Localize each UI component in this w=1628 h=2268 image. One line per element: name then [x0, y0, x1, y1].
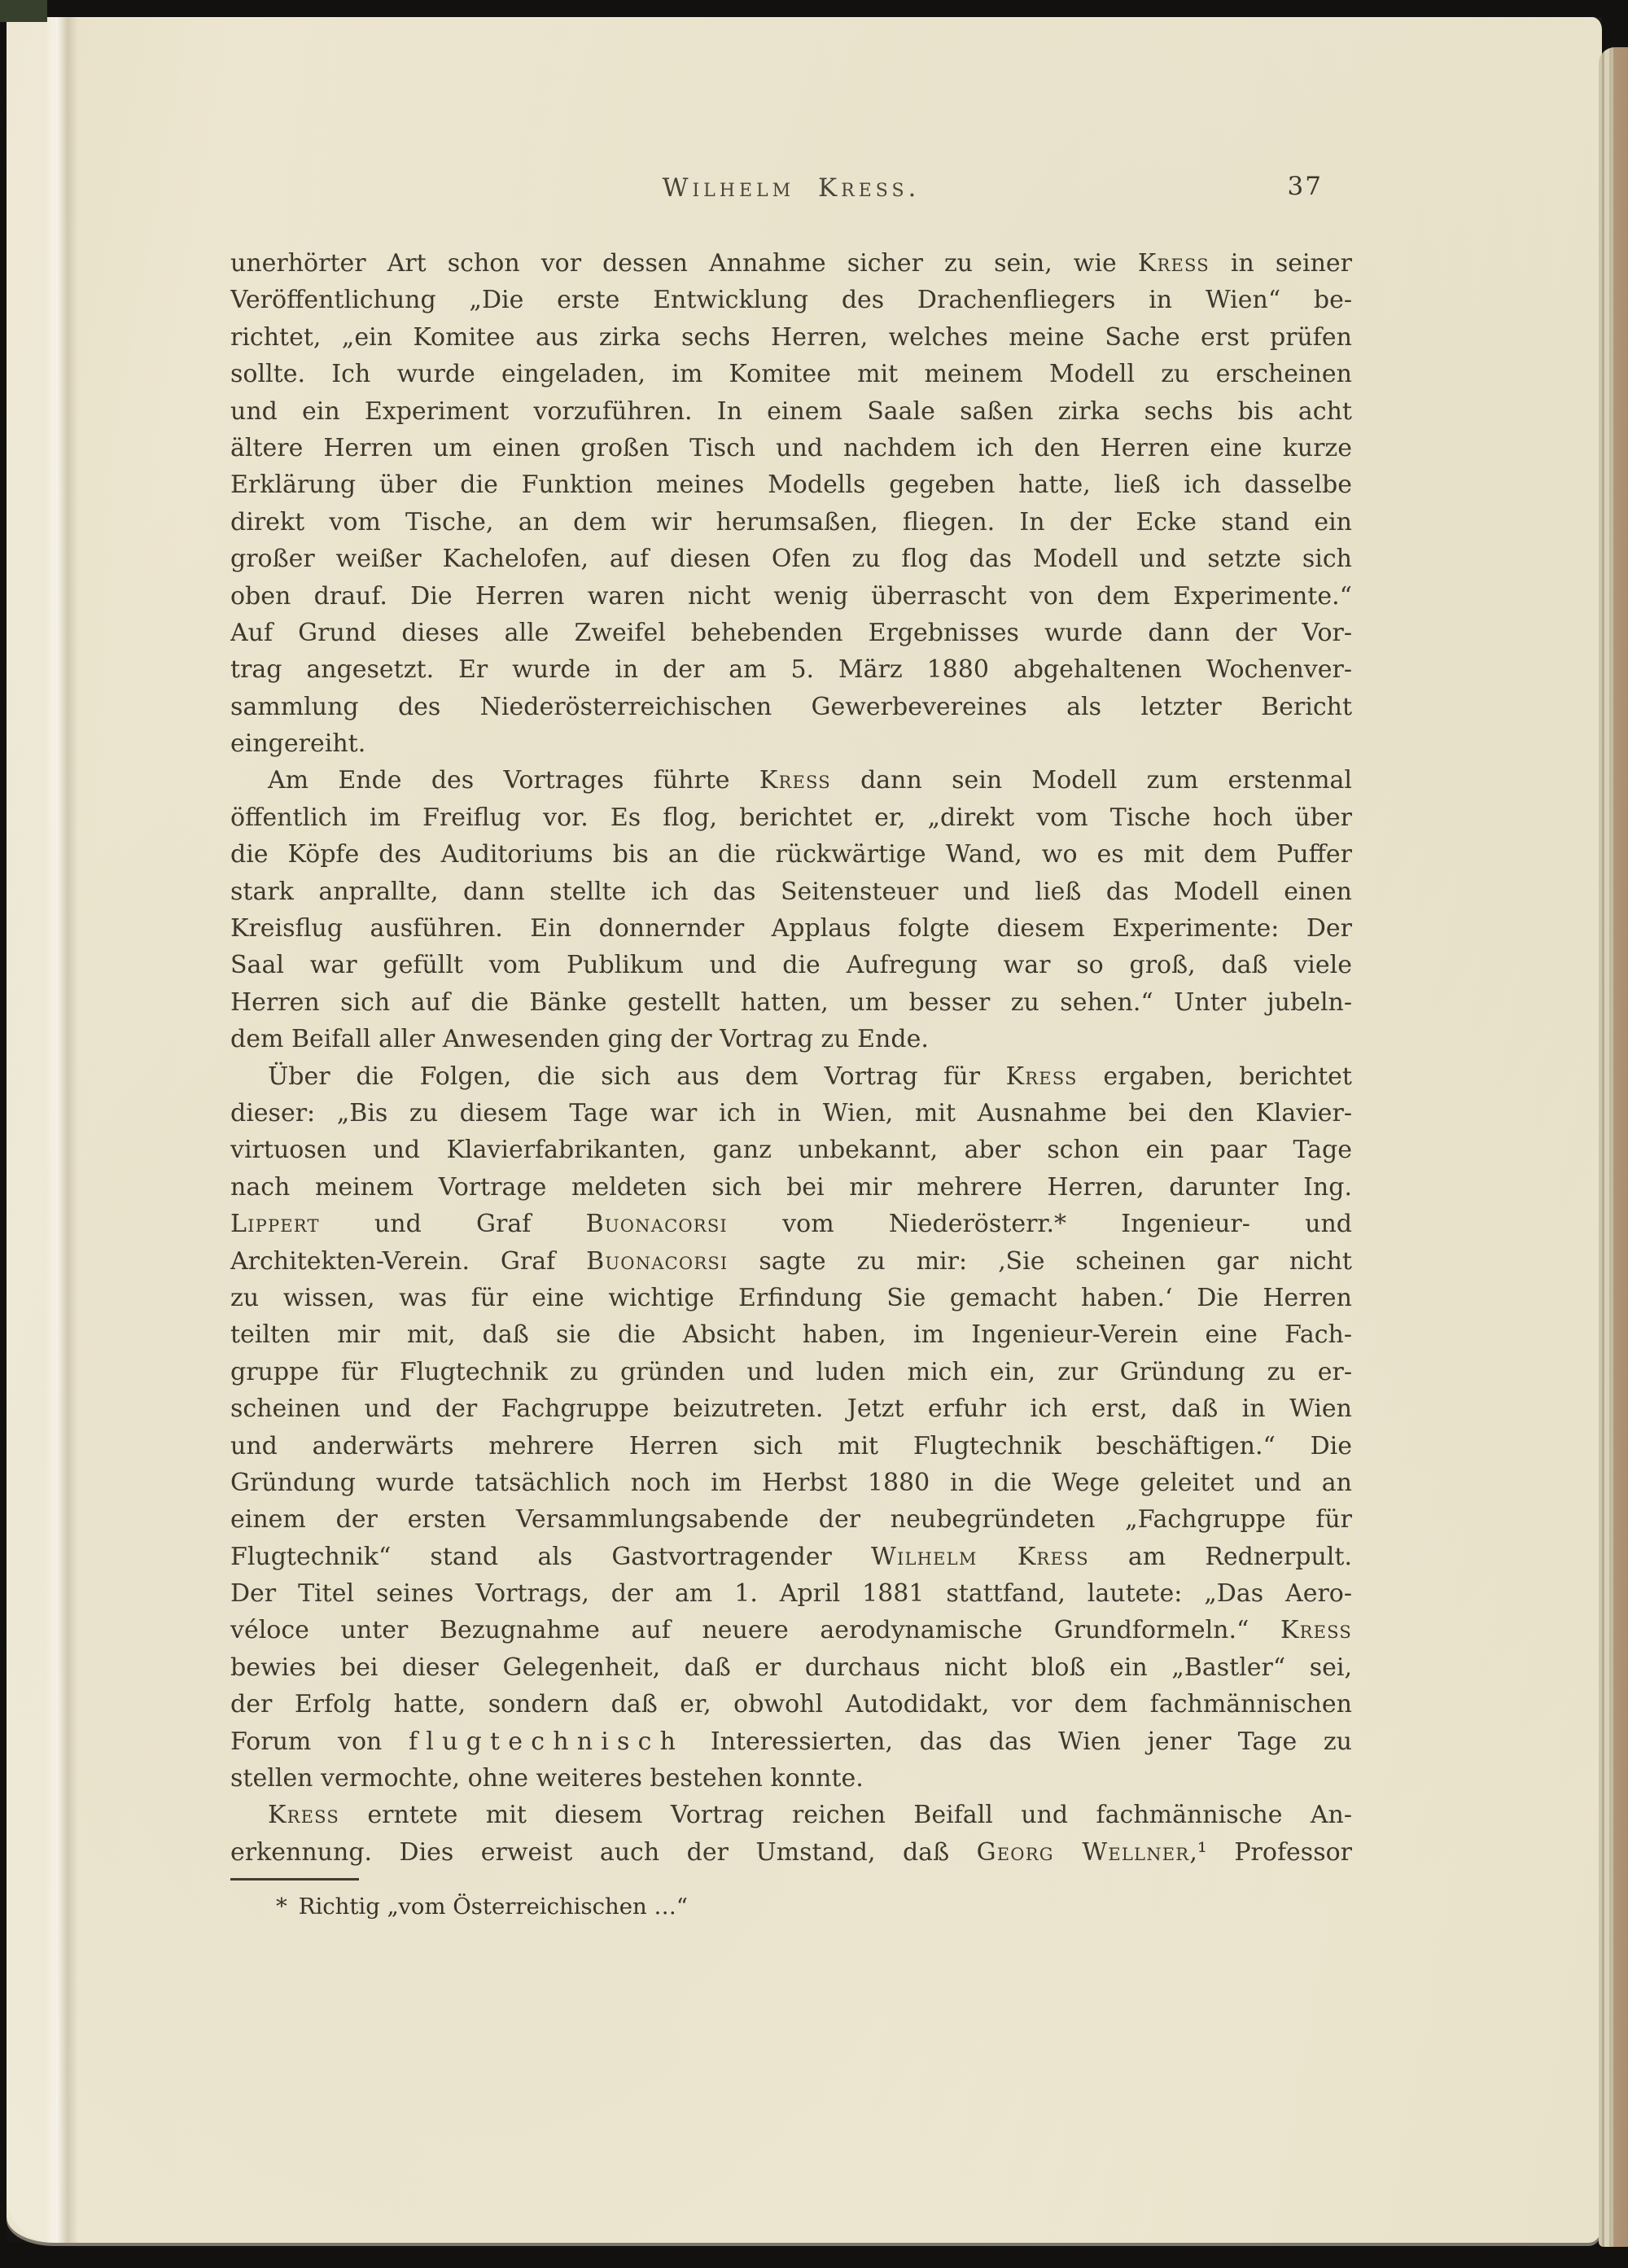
page-number: 37 [1288, 172, 1323, 201]
person-name-small-caps: Buonacorsi [586, 1210, 728, 1238]
text-line: direkt vom Tische, an dem wir herumsaßen… [230, 504, 1352, 541]
text-line: trag angesetzt. Er wurde in der am 5. Mä… [230, 651, 1352, 688]
text-line: großer weißer Kachelofen, auf diesen Ofe… [230, 541, 1352, 577]
text-line: Kreisflug ausführen. Ein donnernder Appl… [230, 910, 1352, 947]
text-line: erkennung. Dies erweist auch der Umstand… [230, 1834, 1352, 1871]
text-line: Veröffentlichung „Die erste Entwicklung … [230, 282, 1352, 318]
person-name-small-caps: Kress [1006, 1062, 1078, 1091]
text-line: zu wissen, was für eine wichtige Erfindu… [230, 1280, 1352, 1316]
text-line: und anderwärts mehrere Herren sich mit F… [230, 1428, 1352, 1465]
person-name-small-caps: Buonacorsi [586, 1247, 728, 1276]
text-line: Über die Folgen, die sich aus dem Vortra… [230, 1058, 1352, 1095]
text-line: bewies bei dieser Gelegenheit, daß er du… [230, 1649, 1352, 1686]
text-line: und ein Experiment vorzuführen. In einem… [230, 393, 1352, 430]
text-line: sammlung des Niederösterreichischen Gewe… [230, 689, 1352, 725]
text-line: Kress erntete mit diesem Vortrag reichen… [230, 1797, 1352, 1833]
person-name-small-caps: Georg Wellner [977, 1838, 1190, 1867]
text-line: die Köpfe des Auditoriums bis an die rüc… [230, 836, 1352, 873]
running-header: Wilhelm Kress. 37 [230, 173, 1352, 216]
text-line: richtet, „ein Komitee aus zirka sechs He… [230, 319, 1352, 356]
text-line: nach meinem Vortrage meldeten sich bei m… [230, 1169, 1352, 1206]
text-line: der Erfolg hatte, sondern daß er, obwohl… [230, 1686, 1352, 1723]
text-line: stark anprallte, dann stellte ich das Se… [230, 873, 1352, 910]
person-name-small-caps: Wilhelm Kress [871, 1543, 1089, 1571]
text-line: Erklärung über die Funktion meines Model… [230, 466, 1352, 503]
person-name-small-caps: Kress [1280, 1616, 1352, 1644]
text-line: unerhörter Art schon vor dessen Annahme … [230, 245, 1352, 282]
text-line: Herren sich auf die Bänke gestellt hatte… [230, 984, 1352, 1021]
text-line: Gründung wurde tatsächlich noch im Herbs… [230, 1465, 1352, 1501]
text-line: scheinen und der Fachgruppe beizutreten.… [230, 1390, 1352, 1427]
scan-background: { "document": { "language": "de", "runni… [0, 0, 1628, 2268]
text-body: unerhörter Art schon vor dessen Annahme … [230, 245, 1352, 1871]
top-left-corner-patch [0, 0, 47, 22]
text-line: dieser: „Bis zu diesem Tage war ich in W… [230, 1095, 1352, 1132]
text-line: eingereiht. [230, 725, 1352, 762]
text-line: teilten mir mit, daß sie die Absicht hab… [230, 1316, 1352, 1353]
text-line: gruppe für Flugtechnik zu gründen und lu… [230, 1354, 1352, 1390]
footnote-text: Richtig „vom Österreichischen …“ [299, 1894, 688, 1920]
text-line: virtuosen und Klavierfabrikanten, ganz u… [230, 1132, 1352, 1168]
text-line: öffentlich im Freiflug vor. Es flog, ber… [230, 799, 1352, 836]
text-line: véloce unter Bezugnahme auf neuere aerod… [230, 1612, 1352, 1648]
footnote: *Richtig „vom Österreichischen …“ [230, 1894, 1398, 1920]
text-line: ältere Herren um einen großen Tisch und … [230, 430, 1352, 466]
paragraph: unerhörter Art schon vor dessen Annahme … [230, 245, 1352, 762]
paragraph: Über die Folgen, die sich aus dem Vortra… [230, 1058, 1352, 1797]
gutter-crease [46, 17, 78, 2243]
paragraph: Kress erntete mit diesem Vortrag reichen… [230, 1797, 1352, 1871]
text-line: dem Beifall aller Anwesenden ging der Vo… [230, 1021, 1352, 1057]
text-line: stellen vermochte, ohne weiteres bestehe… [230, 1760, 1352, 1797]
footnote-marker: * [276, 1894, 299, 1920]
text-line: sollte. Ich wurde eingeladen, im Komitee… [230, 356, 1352, 392]
person-name-small-caps: Lippert [230, 1210, 320, 1238]
footnote-separator [230, 1878, 359, 1881]
running-header-title: Wilhelm Kress. [230, 173, 1352, 203]
book-scan: Wilhelm Kress. 37 unerhörter Art schon v… [0, 0, 1628, 2268]
text-line: Flugtechnik“ stand als Gastvortragender … [230, 1539, 1352, 1575]
letter-spaced-word: flugtechnisch [409, 1727, 684, 1756]
text-line: Der Titel seines Vortrags, der am 1. Apr… [230, 1575, 1352, 1612]
text-line: Lippert und Graf Buonacorsi vom Niederös… [230, 1206, 1352, 1242]
fore-edge-page-stack [1599, 47, 1628, 2247]
text-line: Forum von flugtechnisch Interessierten, … [230, 1723, 1352, 1760]
text-line: Architekten-Verein. Graf Buonacorsi sagt… [230, 1243, 1352, 1280]
text-line: einem der ersten Versammlungsabende der … [230, 1501, 1352, 1538]
text-line: Saal war gefüllt vom Publikum und die Au… [230, 947, 1352, 983]
text-line: oben drauf. Die Herren waren nicht wenig… [230, 578, 1352, 615]
text-line: Am Ende des Vortrages führte Kress dann … [230, 762, 1352, 799]
person-name-small-caps: Kress [1138, 249, 1210, 278]
paragraph: Am Ende des Vortrages führte Kress dann … [230, 762, 1352, 1057]
text-line: Auf Grund dieses alle Zweifel behebenden… [230, 615, 1352, 651]
person-name-small-caps: Kress [759, 766, 831, 795]
person-name-small-caps: Kress [268, 1801, 339, 1829]
